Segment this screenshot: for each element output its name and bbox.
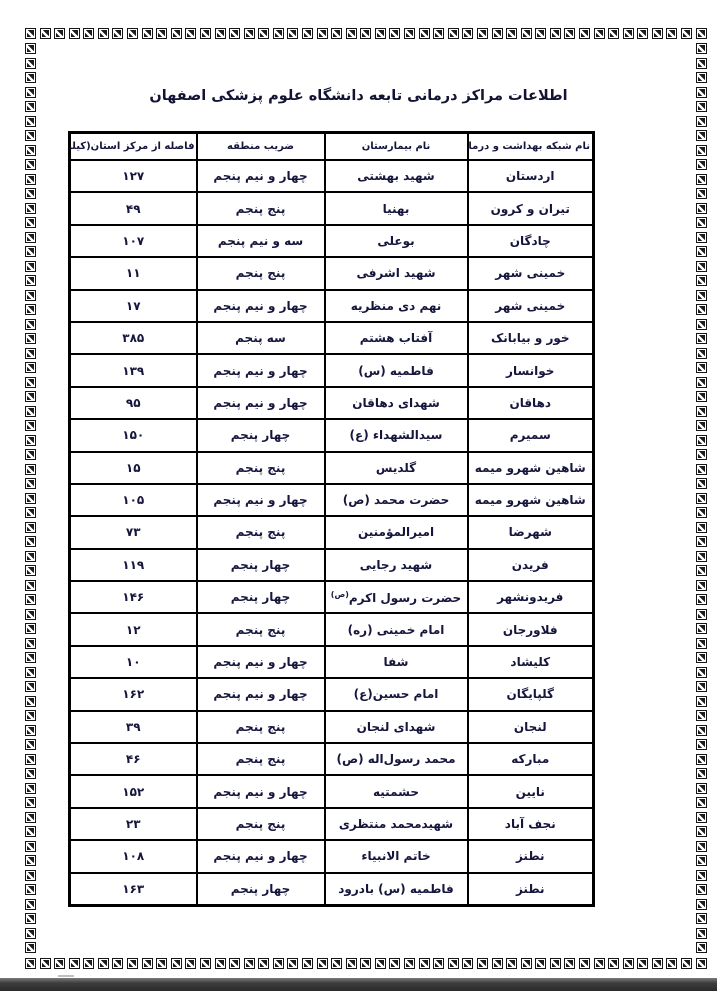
checkered-square-ornament-icon xyxy=(696,391,707,402)
cell-coefficient: پنج پنجم xyxy=(197,192,325,224)
checkered-square-ornament-icon xyxy=(215,958,226,969)
checkered-square-ornament-icon xyxy=(696,942,707,953)
checkered-square-ornament-icon xyxy=(448,958,459,969)
checkered-square-ornament-icon xyxy=(25,188,36,199)
cell-distance: ۱۶۳ xyxy=(70,873,197,906)
checkered-square-ornament-icon xyxy=(25,507,36,518)
checkered-square-ornament-icon xyxy=(346,958,357,969)
cell-network: اردستان xyxy=(468,160,594,192)
cell-distance: ۳۹ xyxy=(70,711,197,743)
checkered-square-ornament-icon xyxy=(25,551,36,562)
table-row: فریدنشهید رجاییچهار پنجم۱۱۹ xyxy=(70,549,594,581)
checkered-square-ornament-icon xyxy=(477,28,488,39)
checkered-square-ornament-icon xyxy=(696,609,707,620)
table-row: نطنزخاتم الانبیاءچهار و نیم پنجم۱۰۸ xyxy=(70,840,594,872)
cell-network: دهاقان xyxy=(468,387,594,419)
checkered-square-ornament-icon xyxy=(273,958,284,969)
cell-hospital: بوعلی xyxy=(325,225,468,257)
checkered-square-ornament-icon xyxy=(594,958,605,969)
cell-distance: ۷۳ xyxy=(70,516,197,548)
checkered-square-ornament-icon xyxy=(696,754,707,765)
checkered-square-ornament-icon xyxy=(360,958,371,969)
table-row: خوانسارفاطمیه (س)چهار و نیم پنجم۱۳۹ xyxy=(70,354,594,386)
table-row: خور و بیابانکآفتاب هشتمسه پنجم۳۸۵ xyxy=(70,322,594,354)
checkered-square-ornament-icon xyxy=(54,958,65,969)
checkered-square-ornament-icon xyxy=(287,958,298,969)
cell-coefficient: چهار و نیم پنجم xyxy=(197,840,325,872)
checkered-square-ornament-icon xyxy=(25,435,36,446)
checkered-square-ornament-icon xyxy=(25,652,36,663)
checkered-square-ornament-icon xyxy=(331,28,342,39)
cell-coefficient: چهار و نیم پنجم xyxy=(197,354,325,386)
cell-network: خور و بیابانک xyxy=(468,322,594,354)
cell-distance: ۱۵ xyxy=(70,452,197,484)
checkered-square-ornament-icon xyxy=(696,797,707,808)
decorative-border-bottom xyxy=(25,958,707,969)
checkered-square-ornament-icon xyxy=(696,507,707,518)
cell-hospital: شهید بهشتی xyxy=(325,160,468,192)
cell-distance: ۱۰۷ xyxy=(70,225,197,257)
checkered-square-ornament-icon xyxy=(564,958,575,969)
cell-network: خوانسار xyxy=(468,354,594,386)
checkered-square-ornament-icon xyxy=(696,913,707,924)
checkered-square-ornament-icon xyxy=(25,681,36,692)
checkered-square-ornament-icon xyxy=(696,28,707,39)
cell-network: خمینی شهر xyxy=(468,257,594,289)
checkered-square-ornament-icon xyxy=(696,333,707,344)
cell-hospital: فاطمیه (س) بادرود xyxy=(325,873,468,906)
checkered-square-ornament-icon xyxy=(666,958,677,969)
cell-hospital: فاطمیه (س) xyxy=(325,354,468,386)
checkered-square-ornament-icon xyxy=(200,958,211,969)
checkered-square-ornament-icon xyxy=(302,28,313,39)
cell-network: شهرضا xyxy=(468,516,594,548)
header-coefficient: ضریب منطقه xyxy=(197,133,325,161)
cell-distance: ۳۸۵ xyxy=(70,322,197,354)
checkered-square-ornament-icon xyxy=(25,710,36,721)
cell-coefficient: چهار و نیم پنجم xyxy=(197,678,325,710)
checkered-square-ornament-icon xyxy=(346,28,357,39)
checkered-square-ornament-icon xyxy=(360,28,371,39)
checkered-square-ornament-icon xyxy=(112,28,123,39)
cell-coefficient: چهار و نیم پنجم xyxy=(197,775,325,807)
cell-coefficient: چهار و نیم پنجم xyxy=(197,387,325,419)
cell-hospital: امام حسین(ع) xyxy=(325,678,468,710)
cell-hospital: حضرت رسول اکرم(ص) xyxy=(325,581,468,613)
checkered-square-ornament-icon xyxy=(696,130,707,141)
checkered-square-ornament-icon xyxy=(681,28,692,39)
checkered-square-ornament-icon xyxy=(25,333,36,344)
checkered-square-ornament-icon xyxy=(433,28,444,39)
checkered-square-ornament-icon xyxy=(696,855,707,866)
checkered-square-ornament-icon xyxy=(696,188,707,199)
checkered-square-ornament-icon xyxy=(25,362,36,373)
checkered-square-ornament-icon xyxy=(25,493,36,504)
checkered-square-ornament-icon xyxy=(25,130,36,141)
cell-coefficient: پنج پنجم xyxy=(197,613,325,645)
checkered-square-ornament-icon xyxy=(521,958,532,969)
cell-network: فلاورجان xyxy=(468,613,594,645)
checkered-square-ornament-icon xyxy=(25,623,36,634)
checkered-square-ornament-icon xyxy=(127,28,138,39)
cell-network: گلپایگان xyxy=(468,678,594,710)
checkered-square-ornament-icon xyxy=(696,203,707,214)
checkered-square-ornament-icon xyxy=(696,841,707,852)
checkered-square-ornament-icon xyxy=(25,594,36,605)
checkered-square-ornament-icon xyxy=(54,28,65,39)
checkered-square-ornament-icon xyxy=(171,958,182,969)
checkered-square-ornament-icon xyxy=(696,493,707,504)
checkered-square-ornament-icon xyxy=(696,58,707,69)
checkered-square-ornament-icon xyxy=(696,638,707,649)
checkered-square-ornament-icon xyxy=(550,958,561,969)
checkered-square-ornament-icon xyxy=(25,319,36,330)
checkered-square-ornament-icon xyxy=(696,420,707,431)
checkered-square-ornament-icon xyxy=(25,43,36,54)
checkered-square-ornament-icon xyxy=(229,958,240,969)
table-row: تیران و کرونبهنیاپنج پنجم۴۹ xyxy=(70,192,594,224)
cell-hospital: حشمتیه xyxy=(325,775,468,807)
table-row: نجف آبادشهیدمحمد منتظریپنج پنجم۲۳ xyxy=(70,808,594,840)
checkered-square-ornament-icon xyxy=(696,710,707,721)
cell-hospital: حضرت محمد (ص) xyxy=(325,484,468,516)
checkered-square-ornament-icon xyxy=(696,928,707,939)
cell-network: چادگان xyxy=(468,225,594,257)
decorative-border-right xyxy=(696,43,707,953)
checkered-square-ornament-icon xyxy=(273,28,284,39)
checkered-square-ornament-icon xyxy=(25,768,36,779)
checkered-square-ornament-icon xyxy=(696,464,707,475)
cell-hospital: بهنیا xyxy=(325,192,468,224)
cell-distance: ۱۴۶ xyxy=(70,581,197,613)
header-network: نام شبکه بهداشت و درمان xyxy=(468,133,594,161)
checkered-square-ornament-icon xyxy=(25,145,36,156)
cell-coefficient: پنج پنجم xyxy=(197,743,325,775)
checkered-square-ornament-icon xyxy=(287,28,298,39)
checkered-square-ornament-icon xyxy=(25,522,36,533)
checkered-square-ornament-icon xyxy=(40,958,51,969)
table-row: نایینحشمتیهچهار و نیم پنجم۱۵۲ xyxy=(70,775,594,807)
checkered-square-ornament-icon xyxy=(696,696,707,707)
checkered-square-ornament-icon xyxy=(594,28,605,39)
checkered-square-ornament-icon xyxy=(185,958,196,969)
checkered-square-ornament-icon xyxy=(83,28,94,39)
checkered-square-ornament-icon xyxy=(448,28,459,39)
checkered-square-ornament-icon xyxy=(25,464,36,475)
cell-distance: ۱۱ xyxy=(70,257,197,289)
cell-distance: ۱۱۹ xyxy=(70,549,197,581)
cell-network: نایین xyxy=(468,775,594,807)
checkered-square-ornament-icon xyxy=(258,958,269,969)
checkered-square-ornament-icon xyxy=(229,28,240,39)
checkered-square-ornament-icon xyxy=(25,754,36,765)
cell-coefficient: چهار و نیم پنجم xyxy=(197,290,325,322)
checkered-square-ornament-icon xyxy=(696,565,707,576)
checkered-square-ornament-icon xyxy=(608,28,619,39)
checkered-square-ornament-icon xyxy=(25,812,36,823)
cell-distance: ۱۵۰ xyxy=(70,419,197,451)
checkered-square-ornament-icon xyxy=(25,159,36,170)
checkered-square-ornament-icon xyxy=(25,420,36,431)
checkered-square-ornament-icon xyxy=(696,72,707,83)
cell-network: فریدن xyxy=(468,549,594,581)
checkered-square-ornament-icon xyxy=(25,246,36,257)
checkered-square-ornament-icon xyxy=(696,377,707,388)
checkered-square-ornament-icon xyxy=(623,28,634,39)
checkered-square-ornament-icon xyxy=(696,217,707,228)
cell-hospital: شهید رجایی xyxy=(325,549,468,581)
checkered-square-ornament-icon xyxy=(696,362,707,373)
checkered-square-ornament-icon xyxy=(25,290,36,301)
cell-network: نطنز xyxy=(468,873,594,906)
checkered-square-ornament-icon xyxy=(25,826,36,837)
checkered-square-ornament-icon xyxy=(25,958,36,969)
checkered-square-ornament-icon xyxy=(696,406,707,417)
checkered-square-ornament-icon xyxy=(25,913,36,924)
cell-coefficient: سه و نیم پنجم xyxy=(197,225,325,257)
checkered-square-ornament-icon xyxy=(244,958,255,969)
checkered-square-ornament-icon xyxy=(25,899,36,910)
cell-distance: ۴۹ xyxy=(70,192,197,224)
checkered-square-ornament-icon xyxy=(696,174,707,185)
cell-hospital: شهیدمحمد منتظری xyxy=(325,808,468,840)
checkered-square-ornament-icon xyxy=(492,958,503,969)
checkered-square-ornament-icon xyxy=(98,958,109,969)
cell-hospital: آفتاب هشتم xyxy=(325,322,468,354)
checkered-square-ornament-icon xyxy=(696,275,707,286)
checkered-square-ornament-icon xyxy=(696,783,707,794)
checkered-square-ornament-icon xyxy=(696,681,707,692)
checkered-square-ornament-icon xyxy=(25,174,36,185)
cell-coefficient: پنج پنجم xyxy=(197,452,325,484)
checkered-square-ornament-icon xyxy=(25,841,36,852)
checkered-square-ornament-icon xyxy=(25,855,36,866)
viewer-bottom-bar xyxy=(0,978,717,991)
checkered-square-ornament-icon xyxy=(696,43,707,54)
cell-coefficient: چهار پنجم xyxy=(197,549,325,581)
cell-hospital: نهم دی منظریه xyxy=(325,290,468,322)
checkered-square-ornament-icon xyxy=(579,958,590,969)
checkered-square-ornament-icon xyxy=(492,28,503,39)
checkered-square-ornament-icon xyxy=(25,565,36,576)
cell-coefficient: چهار و نیم پنجم xyxy=(197,160,325,192)
checkered-square-ornament-icon xyxy=(156,28,167,39)
cell-hospital: شفا xyxy=(325,646,468,678)
table-row: شاهین شهرو میمهگلدیسپنج پنجم۱۵ xyxy=(70,452,594,484)
checkered-square-ornament-icon xyxy=(25,725,36,736)
cell-coefficient: پنج پنجم xyxy=(197,516,325,548)
cell-network: تیران و کرون xyxy=(468,192,594,224)
checkered-square-ornament-icon xyxy=(696,899,707,910)
checkered-square-ornament-icon xyxy=(25,638,36,649)
document-page: { "title": "اطلاعات مراکز درمانی تابعه د… xyxy=(0,0,717,991)
checkered-square-ornament-icon xyxy=(506,958,517,969)
checkered-square-ornament-icon xyxy=(696,449,707,460)
cell-hospital: محمد رسول‌اله (ص) xyxy=(325,743,468,775)
checkered-square-ornament-icon xyxy=(696,290,707,301)
checkered-square-ornament-icon xyxy=(696,884,707,895)
table-row: کلیشادشفاچهار و نیم پنجم۱۰ xyxy=(70,646,594,678)
cell-coefficient: چهار و نیم پنجم xyxy=(197,484,325,516)
table-row: سمیرمسیدالشهداء (ع)چهار پنجم۱۵۰ xyxy=(70,419,594,451)
table-row: فلاورجانامام خمینی (ره)پنج پنجم۱۲ xyxy=(70,613,594,645)
checkered-square-ornament-icon xyxy=(535,28,546,39)
page-edge-artifact xyxy=(58,975,74,977)
checkered-square-ornament-icon xyxy=(696,725,707,736)
checkered-square-ornament-icon xyxy=(696,870,707,881)
cell-coefficient: چهار پنجم xyxy=(197,581,325,613)
checkered-square-ornament-icon xyxy=(25,696,36,707)
table-row: اردستانشهید بهشتیچهار و نیم پنجم۱۲۷ xyxy=(70,160,594,192)
checkered-square-ornament-icon xyxy=(637,28,648,39)
checkered-square-ornament-icon xyxy=(696,623,707,634)
checkered-square-ornament-icon xyxy=(25,478,36,489)
checkered-square-ornament-icon xyxy=(25,667,36,678)
checkered-square-ornament-icon xyxy=(696,261,707,272)
table-row: چادگانبوعلیسه و نیم پنجم۱۰۷ xyxy=(70,225,594,257)
checkered-square-ornament-icon xyxy=(550,28,561,39)
cell-distance: ۱۰۸ xyxy=(70,840,197,872)
checkered-square-ornament-icon xyxy=(696,667,707,678)
cell-distance: ۱۵۲ xyxy=(70,775,197,807)
checkered-square-ornament-icon xyxy=(696,958,707,969)
cell-distance: ۹۵ xyxy=(70,387,197,419)
cell-coefficient: پنج پنجم xyxy=(197,711,325,743)
checkered-square-ornament-icon xyxy=(696,159,707,170)
cell-coefficient: چهار پنجم xyxy=(197,419,325,451)
checkered-square-ornament-icon xyxy=(433,958,444,969)
checkered-square-ornament-icon xyxy=(317,958,328,969)
checkered-square-ornament-icon xyxy=(244,28,255,39)
page-title: اطلاعات مراکز درمانی تابعه دانشگاه علوم … xyxy=(0,88,717,104)
cell-network: لنجان xyxy=(468,711,594,743)
cell-distance: ۴۶ xyxy=(70,743,197,775)
checkered-square-ornament-icon xyxy=(25,232,36,243)
header-hospital: نام بیمارستان xyxy=(325,133,468,161)
checkered-square-ornament-icon xyxy=(389,958,400,969)
table-header-row: نام شبکه بهداشت و درمان نام بیمارستان ضر… xyxy=(70,133,594,161)
checkered-square-ornament-icon xyxy=(258,28,269,39)
checkered-square-ornament-icon xyxy=(142,958,153,969)
cell-distance: ۱۰ xyxy=(70,646,197,678)
checkered-square-ornament-icon xyxy=(623,958,634,969)
table-row: خمینی شهرشهید اشرفیپنج پنجم۱۱ xyxy=(70,257,594,289)
checkered-square-ornament-icon xyxy=(696,522,707,533)
checkered-square-ornament-icon xyxy=(83,958,94,969)
cell-distance: ۲۳ xyxy=(70,808,197,840)
cell-coefficient: پنج پنجم xyxy=(197,257,325,289)
table-row: خمینی شهرنهم دی منظریهچهار و نیم پنجم۱۷ xyxy=(70,290,594,322)
checkered-square-ornament-icon xyxy=(156,958,167,969)
checkered-square-ornament-icon xyxy=(185,28,196,39)
checkered-square-ornament-icon xyxy=(25,72,36,83)
table-row: گلپایگانامام حسین(ع)چهار و نیم پنجم۱۶۲ xyxy=(70,678,594,710)
checkered-square-ornament-icon xyxy=(375,958,386,969)
checkered-square-ornament-icon xyxy=(98,28,109,39)
cell-network: مبارکه xyxy=(468,743,594,775)
cell-hospital: شهید اشرفی xyxy=(325,257,468,289)
checkered-square-ornament-icon xyxy=(25,28,36,39)
checkered-square-ornament-icon xyxy=(564,28,575,39)
checkered-square-ornament-icon xyxy=(25,304,36,315)
checkered-square-ornament-icon xyxy=(127,958,138,969)
decorative-border-top xyxy=(25,28,707,39)
checkered-square-ornament-icon xyxy=(25,797,36,808)
cell-distance: ۱۲۷ xyxy=(70,160,197,192)
cell-distance: ۱۷ xyxy=(70,290,197,322)
checkered-square-ornament-icon xyxy=(462,958,473,969)
checkered-square-ornament-icon xyxy=(404,958,415,969)
cell-hospital: گلدیس xyxy=(325,452,468,484)
checkered-square-ornament-icon xyxy=(521,28,532,39)
checkered-square-ornament-icon xyxy=(25,449,36,460)
cell-network: شاهین شهرو میمه xyxy=(468,452,594,484)
checkered-square-ornament-icon xyxy=(25,116,36,127)
table-row: شهرضاامیرالمؤمنینپنج پنجم۷۳ xyxy=(70,516,594,548)
decorative-border-left xyxy=(25,43,36,953)
checkered-square-ornament-icon xyxy=(696,652,707,663)
table-row: فریدونشهرحضرت رسول اکرم(ص)چهار پنجم۱۴۶ xyxy=(70,581,594,613)
table-row: مبارکهمحمد رسول‌اله (ص)پنج پنجم۴۶ xyxy=(70,743,594,775)
cell-coefficient: سه پنجم xyxy=(197,322,325,354)
header-distance: فاصله از مرکز استان(کیلومتر) xyxy=(70,133,197,161)
cell-network: خمینی شهر xyxy=(468,290,594,322)
checkered-square-ornament-icon xyxy=(696,594,707,605)
cell-network: نطنز xyxy=(468,840,594,872)
cell-network: شاهین شهرو میمه xyxy=(468,484,594,516)
table-row: شاهین شهرو میمهحضرت محمد (ص)چهار و نیم پ… xyxy=(70,484,594,516)
checkered-square-ornament-icon xyxy=(696,319,707,330)
checkered-square-ornament-icon xyxy=(40,28,51,39)
checkered-square-ornament-icon xyxy=(696,145,707,156)
checkered-square-ornament-icon xyxy=(112,958,123,969)
checkered-square-ornament-icon xyxy=(696,580,707,591)
cell-hospital: شهدای دهاقان xyxy=(325,387,468,419)
checkered-square-ornament-icon xyxy=(696,348,707,359)
checkered-square-ornament-icon xyxy=(302,958,313,969)
checkered-square-ornament-icon xyxy=(608,958,619,969)
checkered-square-ornament-icon xyxy=(171,28,182,39)
checkered-square-ornament-icon xyxy=(142,28,153,39)
checkered-square-ornament-icon xyxy=(696,551,707,562)
cell-hospital: شهدای لنجان xyxy=(325,711,468,743)
checkered-square-ornament-icon xyxy=(375,28,386,39)
checkered-square-ornament-icon xyxy=(200,28,211,39)
checkered-square-ornament-icon xyxy=(477,958,488,969)
checkered-square-ornament-icon xyxy=(696,435,707,446)
checkered-square-ornament-icon xyxy=(25,783,36,794)
table-body: اردستانشهید بهشتیچهار و نیم پنجم۱۲۷تیران… xyxy=(70,160,594,905)
cell-coefficient: چهار پنجم xyxy=(197,873,325,906)
checkered-square-ornament-icon xyxy=(25,580,36,591)
cell-distance: ۱۶۲ xyxy=(70,678,197,710)
cell-distance: ۱۰۵ xyxy=(70,484,197,516)
checkered-square-ornament-icon xyxy=(696,826,707,837)
cell-hospital: خاتم الانبیاء xyxy=(325,840,468,872)
medical-centers-table: نام شبکه بهداشت و درمان نام بیمارستان ضر… xyxy=(68,131,595,907)
checkered-square-ornament-icon xyxy=(317,28,328,39)
checkered-square-ornament-icon xyxy=(652,958,663,969)
checkered-square-ornament-icon xyxy=(331,958,342,969)
checkered-square-ornament-icon xyxy=(696,768,707,779)
checkered-square-ornament-icon xyxy=(535,958,546,969)
checkered-square-ornament-icon xyxy=(404,28,415,39)
checkered-square-ornament-icon xyxy=(25,928,36,939)
checkered-square-ornament-icon xyxy=(69,958,80,969)
table-row: دهاقانشهدای دهاقانچهار و نیم پنجم۹۵ xyxy=(70,387,594,419)
checkered-square-ornament-icon xyxy=(25,377,36,388)
checkered-square-ornament-icon xyxy=(696,478,707,489)
